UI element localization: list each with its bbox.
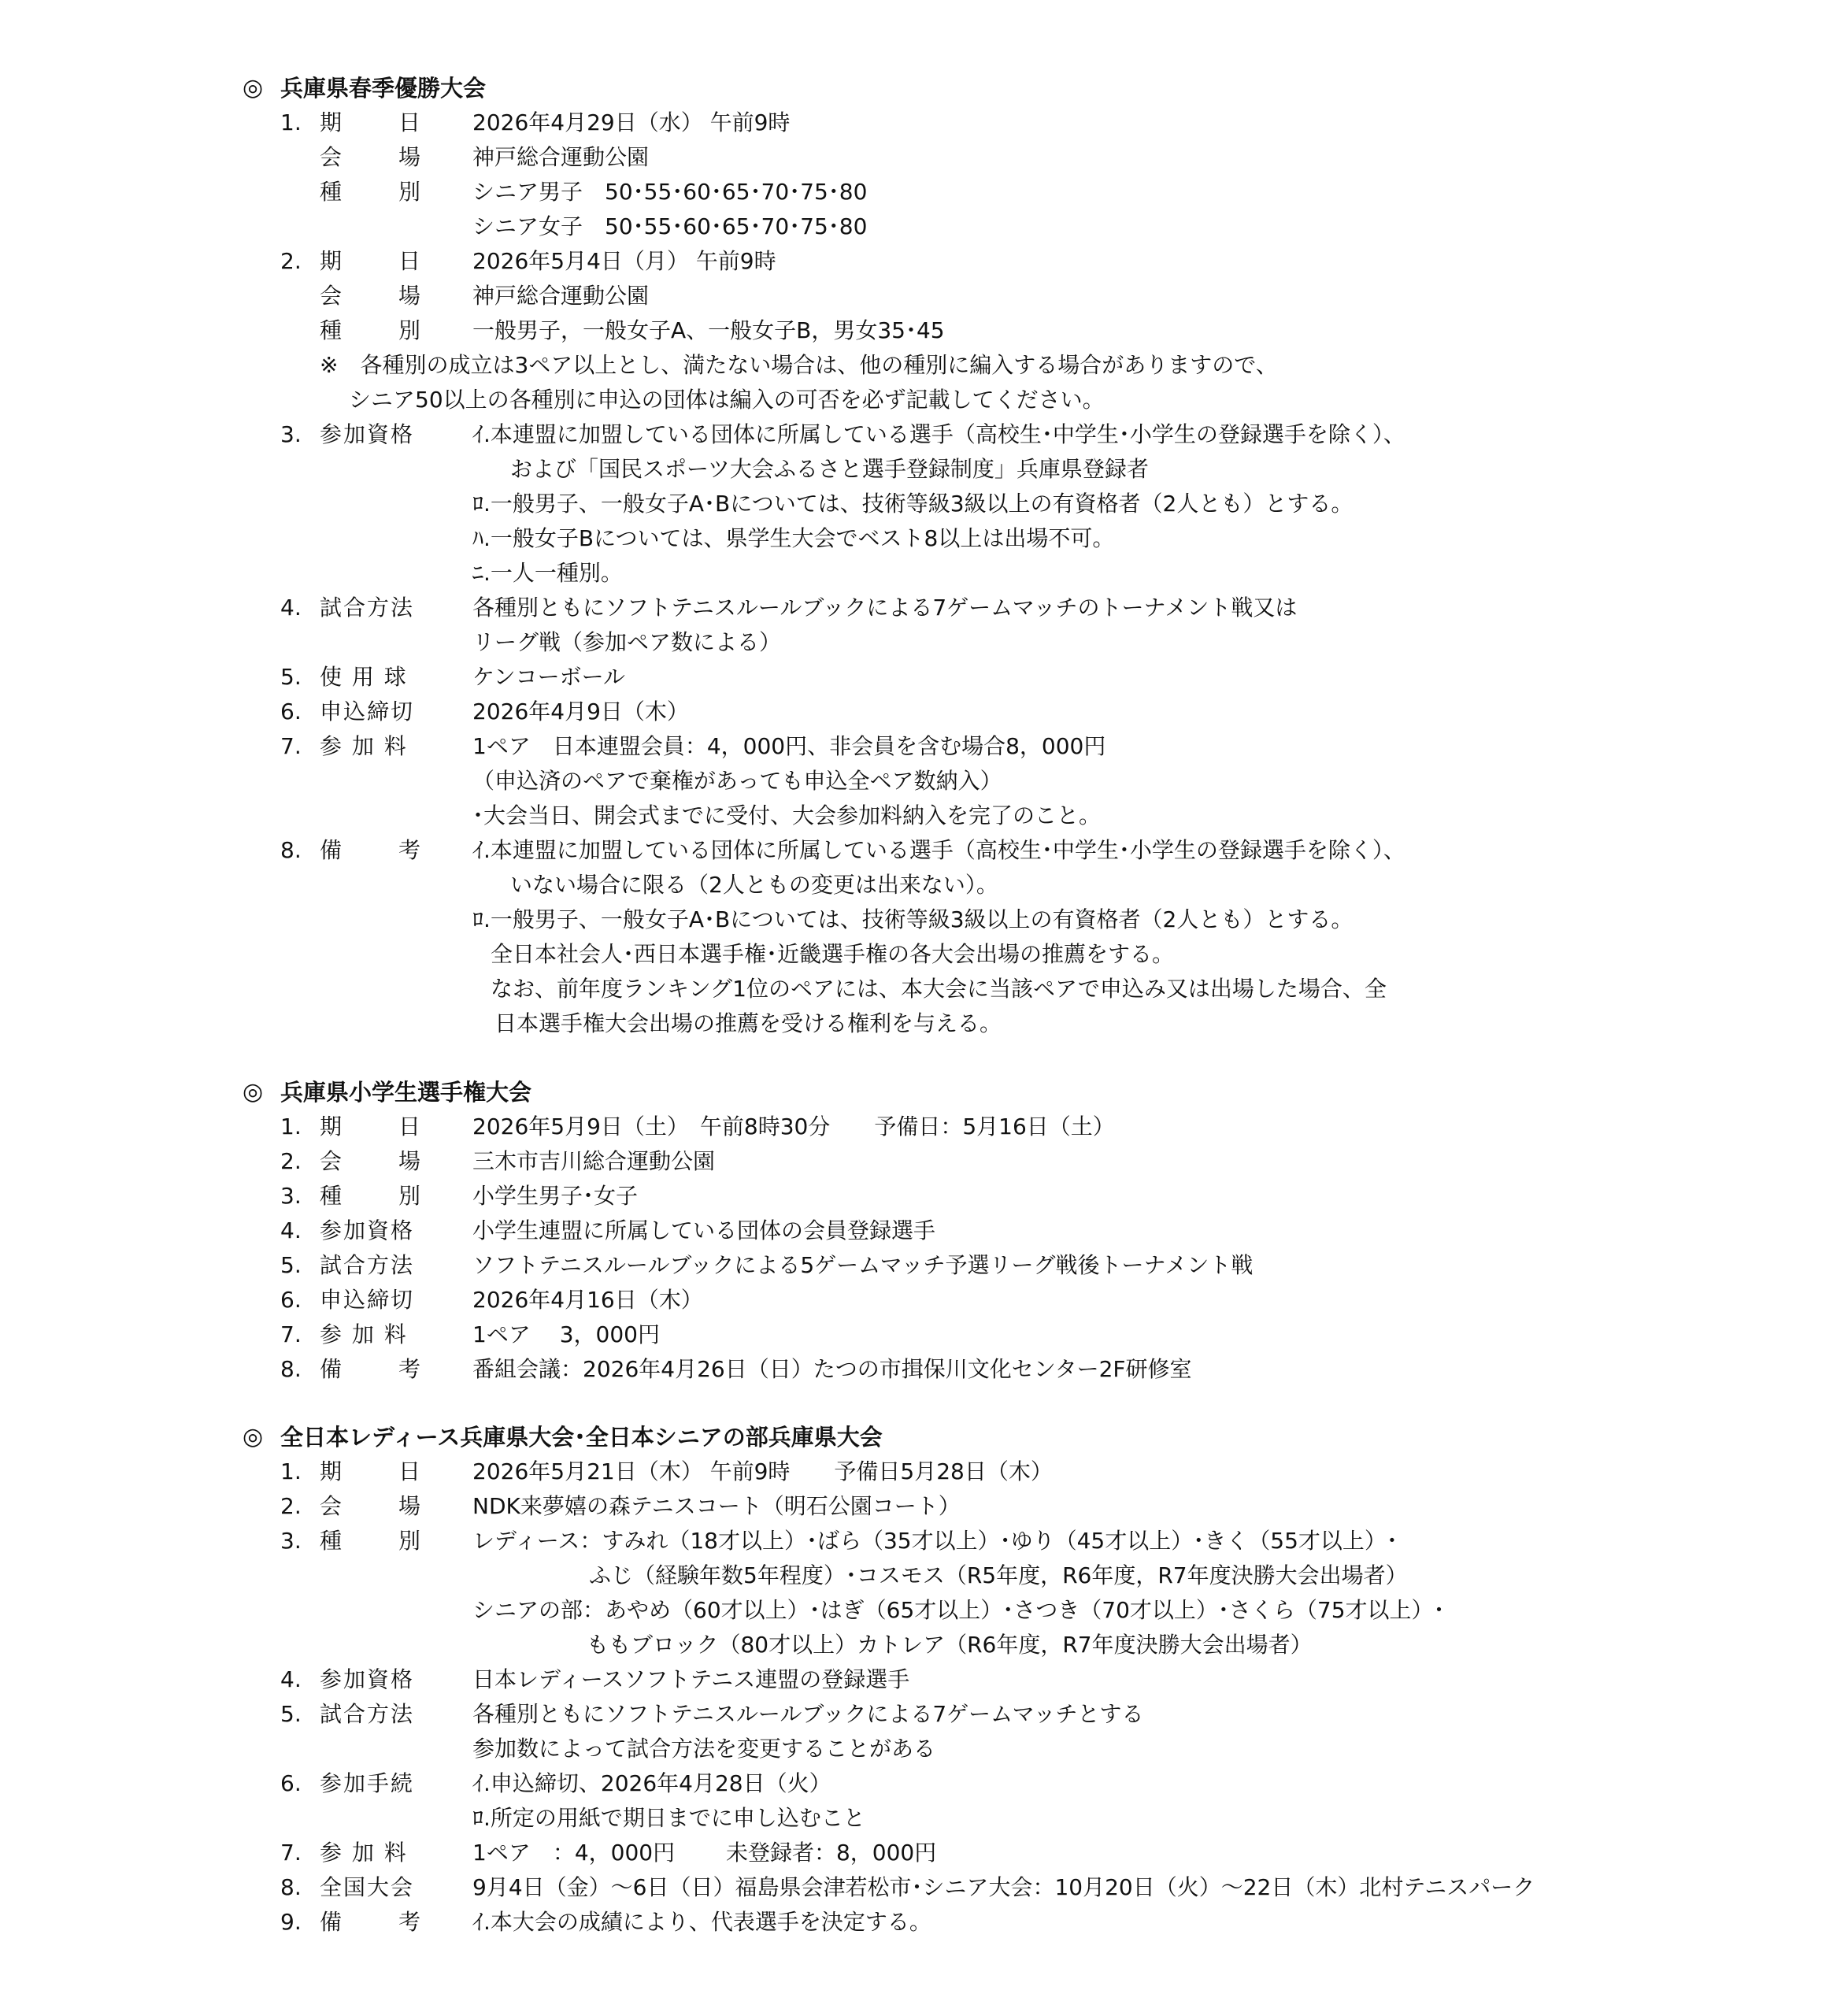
item-value: 小学生男子･女子 xyxy=(472,1179,638,1214)
item-label: 試合方法 xyxy=(320,1697,414,1732)
item-value: 番組会議：2026年4月26日（日）たつの市揖保川文化センター2F研修室 xyxy=(472,1352,1192,1387)
item-value: ﾛ.一般男子、一般女子A･Bについては、技術等級3級以上の有資格者（2人とも）と… xyxy=(472,487,1353,521)
item-value: ソフトテニスルールブックによる5ゲームマッチ予選リーグ戦後トーナメント戦 xyxy=(472,1248,1253,1283)
item-value: ふじ（経験年数5年程度）･コスモス（R5年度，R6年度，R7年度決勝大会出場者） xyxy=(589,1558,1408,1593)
detail-row: 1.期日2026年5月21日（木） 午前9時 予備日5月28日（木） xyxy=(0,1455,1848,1489)
detail-row: 全日本社会人･西日本選手権･近畿選手権の各大会出場の推薦をする。 xyxy=(0,937,1848,972)
item-value: および「国民スポーツ大会ふるさと選手登録制度」兵庫県登録者 xyxy=(510,452,1149,487)
item-label: 使 用 球 xyxy=(320,660,408,695)
detail-row: 6.参加手続ｲ.申込締切、2026年4月28日（火） xyxy=(0,1766,1848,1801)
item-number: 1. xyxy=(280,1455,302,1489)
item-label: 参加手続 xyxy=(320,1766,414,1801)
item-label: 申込締切 xyxy=(320,695,414,729)
item-number: 2. xyxy=(280,244,302,279)
item-value: ﾛ.一般男子、一般女子A･Bについては、技術等級3級以上の有資格者（2人とも）と… xyxy=(472,902,1353,937)
detail-row: 1.期日2026年5月9日（土） 午前8時30分 予備日：5月16日（土） xyxy=(0,1110,1848,1144)
detail-row: 1.期日2026年4月29日（水） 午前9時 xyxy=(0,106,1848,140)
detail-row: ふじ（経験年数5年程度）･コスモス（R5年度，R6年度，R7年度決勝大会出場者） xyxy=(0,1558,1848,1593)
item-value: 小学生連盟に所属している団体の会員登録選手 xyxy=(472,1214,935,1248)
section-title: 全日本レディース兵庫県大会･全日本シニアの部兵庫県大会 xyxy=(280,1420,883,1455)
detail-row: 参加数によって試合方法を変更することがある xyxy=(0,1732,1848,1766)
item-number: 8. xyxy=(280,1352,302,1387)
detail-row: 会場神戸総合運動公園 xyxy=(0,140,1848,175)
item-value: ｲ.本大会の成績により、代表選手を決定する。 xyxy=(472,1905,931,1940)
item-value: ももブロック（80才以上）カトレア（R6年度，R7年度決勝大会出場者） xyxy=(587,1628,1313,1662)
item-value: 神戸総合運動公園 xyxy=(472,279,649,313)
item-label-part: 別 xyxy=(398,175,420,209)
item-label-part: 場 xyxy=(398,1144,420,1179)
item-label-part: 期 xyxy=(320,1455,342,1489)
item-label-part: 種 xyxy=(320,175,342,209)
item-value: 1ペア 3，000円 xyxy=(472,1317,660,1352)
detail-row: 3.種別レディース：すみれ（18才以上）･ばら（35才以上）･ゆり（45才以上）… xyxy=(0,1524,1848,1558)
item-number: 7. xyxy=(280,729,302,764)
item-label: 参 加 料 xyxy=(320,1836,408,1870)
item-label-part: 別 xyxy=(398,1524,420,1558)
detail-row: シニア女子 50･55･60･65･70･75･80 xyxy=(0,209,1848,244)
item-label: 試合方法 xyxy=(320,1248,414,1283)
item-value: 2026年4月29日（水） 午前9時 xyxy=(472,106,790,140)
detail-row: シニア50以上の各種別に申込の団体は編入の可否を必ず記載してください。 xyxy=(0,383,1848,417)
item-value: ケンコーボール xyxy=(472,660,625,695)
item-value: リーグ戦（参加ペア数による） xyxy=(472,625,781,660)
detail-row: ﾛ.一般男子、一般女子A･Bについては、技術等級3級以上の有資格者（2人とも）と… xyxy=(0,487,1848,521)
item-value: 神戸総合運動公園 xyxy=(472,140,649,175)
detail-row: 3.種別小学生男子･女子 xyxy=(0,1179,1848,1214)
detail-row: 7.参 加 料1ペア 日本連盟会員：4，000円、非会員を含む場合8，000円 xyxy=(0,729,1848,764)
item-value: ※ 各種別の成立は3ペア以上とし、満たない場合は、他の種別に編入する場合がありま… xyxy=(320,348,1278,383)
double-circle-icon: ◎ xyxy=(243,71,263,106)
detail-row: 会場神戸総合運動公園 xyxy=(0,279,1848,313)
item-label: 参加資格 xyxy=(320,1662,414,1697)
item-label-part: 種 xyxy=(320,313,342,348)
section-title: 兵庫県小学生選手権大会 xyxy=(280,1075,531,1110)
detail-row: 4.試合方法各種別ともにソフトテニスルールブックによる7ゲームマッチのトーナメン… xyxy=(0,591,1848,625)
detail-row: 4.参加資格小学生連盟に所属している団体の会員登録選手 xyxy=(0,1214,1848,1248)
section-heading: ◎兵庫県春季優勝大会 xyxy=(0,71,1848,106)
item-label-part: 日 xyxy=(398,1455,420,1489)
item-value: ･大会当日、開会式までに受付、大会参加料納入を完了のこと。 xyxy=(472,799,1101,833)
detail-row: 5.試合方法各種別ともにソフトテニスルールブックによる7ゲームマッチとする xyxy=(0,1697,1848,1732)
item-label-part: 場 xyxy=(398,279,420,313)
detail-row: （申込済のペアで棄権があっても申込全ペア数納入） xyxy=(0,764,1848,799)
item-label-part: 会 xyxy=(320,1489,342,1524)
item-value: シニアの部：あやめ（60才以上）･はぎ（65才以上）･さつき（70才以上）･さく… xyxy=(472,1593,1445,1628)
item-label-part: 備 xyxy=(320,833,342,868)
item-value: ﾛ.所定の用紙で期日までに申し込むこと xyxy=(472,1801,865,1836)
detail-row: 2.会場三木市吉川総合運動公園 xyxy=(0,1144,1848,1179)
item-value: 9月4日（金）～6日（日）福島県会津若松市･シニア大会：10月20日（火）～22… xyxy=(472,1870,1535,1905)
section-title: 兵庫県春季優勝大会 xyxy=(280,71,486,106)
double-circle-icon: ◎ xyxy=(243,1420,263,1455)
item-value: 参加数によって試合方法を変更することがある xyxy=(472,1732,935,1766)
item-value: NDK来夢嬉の森テニスコート（明石公園コート） xyxy=(472,1489,961,1524)
detail-row: ･大会当日、開会式までに受付、大会参加料納入を完了のこと。 xyxy=(0,799,1848,833)
detail-row: 7.参 加 料1ペア ：4，000円 未登録者：8，000円 xyxy=(0,1836,1848,1870)
item-label: 参 加 料 xyxy=(320,1317,408,1352)
item-label-part: 別 xyxy=(398,1179,420,1214)
item-value: 日本レディースソフトテニス連盟の登録選手 xyxy=(472,1662,909,1697)
document-page: ◎兵庫県春季優勝大会1.期日2026年4月29日（水） 午前9時会場神戸総合運動… xyxy=(0,0,1848,2016)
item-number: 2. xyxy=(280,1489,302,1524)
item-value: 2026年5月9日（土） 午前8時30分 予備日：5月16日（土） xyxy=(472,1110,1115,1144)
item-value: いない場合に限る（2人ともの変更は出来ない）。 xyxy=(510,868,998,902)
detail-row: 種別一般男子，一般女子A、一般女子B，男女35･45 xyxy=(0,313,1848,348)
item-number: 5. xyxy=(280,1697,302,1732)
item-number: 8. xyxy=(280,1870,302,1905)
item-number: 6. xyxy=(280,1766,302,1801)
detail-row: シニアの部：あやめ（60才以上）･はぎ（65才以上）･さつき（70才以上）･さく… xyxy=(0,1593,1848,1628)
item-value: 1ペア ：4，000円 未登録者：8，000円 xyxy=(472,1836,936,1870)
item-label-part: 種 xyxy=(320,1179,342,1214)
item-label-part: 種 xyxy=(320,1524,342,1558)
item-label-part: 備 xyxy=(320,1352,342,1387)
item-label: 参加資格 xyxy=(320,417,414,452)
item-number: 2. xyxy=(280,1144,302,1179)
item-label-part: 場 xyxy=(398,140,420,175)
item-value: 1ペア 日本連盟会員：4，000円、非会員を含む場合8，000円 xyxy=(472,729,1105,764)
item-label-part: 日 xyxy=(398,1110,420,1144)
item-label-part: 会 xyxy=(320,1144,342,1179)
item-value: ｲ.申込締切、2026年4月28日（火） xyxy=(472,1766,831,1801)
detail-row: 4.参加資格日本レディースソフトテニス連盟の登録選手 xyxy=(0,1662,1848,1697)
item-number: 5. xyxy=(280,1248,302,1283)
item-number: 5. xyxy=(280,660,302,695)
detail-row: および「国民スポーツ大会ふるさと選手登録制度」兵庫県登録者 xyxy=(0,452,1848,487)
detail-row: リーグ戦（参加ペア数による） xyxy=(0,625,1848,660)
item-number: 6. xyxy=(280,1283,302,1317)
item-value: 2026年5月21日（木） 午前9時 予備日5月28日（木） xyxy=(472,1455,1053,1489)
item-value: シニア男子 50･55･60･65･70･75･80 xyxy=(472,175,867,209)
item-value: ﾊ.一般女子Bについては、県学生大会でベスト8以上は出場不可。 xyxy=(472,521,1114,556)
detail-row: ももブロック（80才以上）カトレア（R6年度，R7年度決勝大会出場者） xyxy=(0,1628,1848,1662)
item-number: 4. xyxy=(280,591,302,625)
item-label-part: 期 xyxy=(320,1110,342,1144)
item-label-part: 会 xyxy=(320,279,342,313)
item-label: 参加資格 xyxy=(320,1214,414,1248)
item-value: 各種別ともにソフトテニスルールブックによる7ゲームマッチとする xyxy=(472,1697,1144,1732)
double-circle-icon: ◎ xyxy=(243,1075,263,1110)
detail-row: 種別シニア男子 50･55･60･65･70･75･80 xyxy=(0,175,1848,209)
item-number: 7. xyxy=(280,1836,302,1870)
item-number: 4. xyxy=(280,1662,302,1697)
detail-row: ﾛ.所定の用紙で期日までに申し込むこと xyxy=(0,1801,1848,1836)
item-label-part: 日 xyxy=(398,244,420,279)
detail-row: ﾛ.一般男子、一般女子A･Bについては、技術等級3級以上の有資格者（2人とも）と… xyxy=(0,902,1848,937)
item-value: ﾆ.一人一種別。 xyxy=(472,556,623,591)
item-label-part: 考 xyxy=(398,833,420,868)
detail-row: 7.参 加 料1ペア 3，000円 xyxy=(0,1317,1848,1352)
detail-row: 8.備考ｲ.本連盟に加盟している団体に所属している選手（高校生･中学生･小学生の… xyxy=(0,833,1848,868)
detail-row: ﾊ.一般女子Bについては、県学生大会でベスト8以上は出場不可。 xyxy=(0,521,1848,556)
detail-row: なお、前年度ランキング1位のペアには、本大会に当該ペアで申込み又は出場した場合、… xyxy=(0,972,1848,1006)
item-value: 日本選手権大会出場の推薦を受ける権利を与える。 xyxy=(494,1006,1002,1041)
detail-row: 日本選手権大会出場の推薦を受ける権利を与える。 xyxy=(0,1006,1848,1041)
item-label-part: 場 xyxy=(398,1489,420,1524)
detail-row: 2.期日2026年5月4日（月） 午前9時 xyxy=(0,244,1848,279)
item-value: 2026年4月9日（木） xyxy=(472,695,689,729)
item-label-part: 備 xyxy=(320,1905,342,1940)
item-value: 2026年5月4日（月） 午前9時 xyxy=(472,244,776,279)
item-value: なお、前年度ランキング1位のペアには、本大会に当該ペアで申込み又は出場した場合、… xyxy=(491,972,1387,1006)
item-label-part: 別 xyxy=(398,313,420,348)
detail-row: 8.備考番組会議：2026年4月26日（日）たつの市揖保川文化センター2F研修室 xyxy=(0,1352,1848,1387)
section-heading: ◎全日本レディース兵庫県大会･全日本シニアの部兵庫県大会 xyxy=(0,1420,1848,1455)
item-value: 全日本社会人･西日本選手権･近畿選手権の各大会出場の推薦をする。 xyxy=(491,937,1174,972)
item-number: 4. xyxy=(280,1214,302,1248)
item-value: （申込済のペアで棄権があっても申込全ペア数納入） xyxy=(472,764,1002,799)
item-value: シニア50以上の各種別に申込の団体は編入の可否を必ず記載してください。 xyxy=(349,383,1105,417)
item-value: ｲ.本連盟に加盟している団体に所属している選手（高校生･中学生･小学生の登録選手… xyxy=(472,833,1405,868)
detail-row: ※ 各種別の成立は3ペア以上とし、満たない場合は、他の種別に編入する場合がありま… xyxy=(0,348,1848,383)
item-value: シニア女子 50･55･60･65･70･75･80 xyxy=(472,209,867,244)
item-number: 3. xyxy=(280,1524,302,1558)
item-number: 9. xyxy=(280,1905,302,1940)
item-number: 1. xyxy=(280,106,302,140)
detail-row: ﾆ.一人一種別。 xyxy=(0,556,1848,591)
detail-row: 5.試合方法ソフトテニスルールブックによる5ゲームマッチ予選リーグ戦後トーナメン… xyxy=(0,1248,1848,1283)
detail-row: 6.申込締切2026年4月16日（木） xyxy=(0,1283,1848,1317)
item-label-part: 期 xyxy=(320,106,342,140)
detail-row: 3.参加資格ｲ.本連盟に加盟している団体に所属している選手（高校生･中学生･小学… xyxy=(0,417,1848,452)
item-label-part: 考 xyxy=(398,1352,420,1387)
item-label: 参 加 料 xyxy=(320,729,408,764)
item-number: 6. xyxy=(280,695,302,729)
detail-row: 9.備考ｲ.本大会の成績により、代表選手を決定する。 xyxy=(0,1905,1848,1940)
item-label: 申込締切 xyxy=(320,1283,414,1317)
item-value: 2026年4月16日（木） xyxy=(472,1283,703,1317)
item-label-part: 期 xyxy=(320,244,342,279)
item-label-part: 会 xyxy=(320,140,342,175)
item-value: 三木市吉川総合運動公園 xyxy=(472,1144,715,1179)
item-number: 3. xyxy=(280,1179,302,1214)
item-label-part: 日 xyxy=(398,106,420,140)
item-label-part: 考 xyxy=(398,1905,420,1940)
detail-row: 6.申込締切2026年4月9日（木） xyxy=(0,695,1848,729)
item-label: 試合方法 xyxy=(320,591,414,625)
item-value: 各種別ともにソフトテニスルールブックによる7ゲームマッチのトーナメント戦又は xyxy=(472,591,1297,625)
item-label: 全国大会 xyxy=(320,1870,414,1905)
item-value: 一般男子，一般女子A、一般女子B，男女35･45 xyxy=(472,313,945,348)
item-number: 8. xyxy=(280,833,302,868)
detail-row: 2.会場NDK来夢嬉の森テニスコート（明石公園コート） xyxy=(0,1489,1848,1524)
detail-row: 5.使 用 球ケンコーボール xyxy=(0,660,1848,695)
detail-row: 8.全国大会9月4日（金）～6日（日）福島県会津若松市･シニア大会：10月20日… xyxy=(0,1870,1848,1905)
item-number: 7. xyxy=(280,1317,302,1352)
section-heading: ◎兵庫県小学生選手権大会 xyxy=(0,1075,1848,1110)
detail-row: いない場合に限る（2人ともの変更は出来ない）。 xyxy=(0,868,1848,902)
item-number: 1. xyxy=(280,1110,302,1144)
item-number: 3. xyxy=(280,417,302,452)
item-value: ｲ.本連盟に加盟している団体に所属している選手（高校生･中学生･小学生の登録選手… xyxy=(472,417,1405,452)
item-value: レディース：すみれ（18才以上）･ばら（35才以上）･ゆり（45才以上）･きく（… xyxy=(472,1524,1398,1558)
